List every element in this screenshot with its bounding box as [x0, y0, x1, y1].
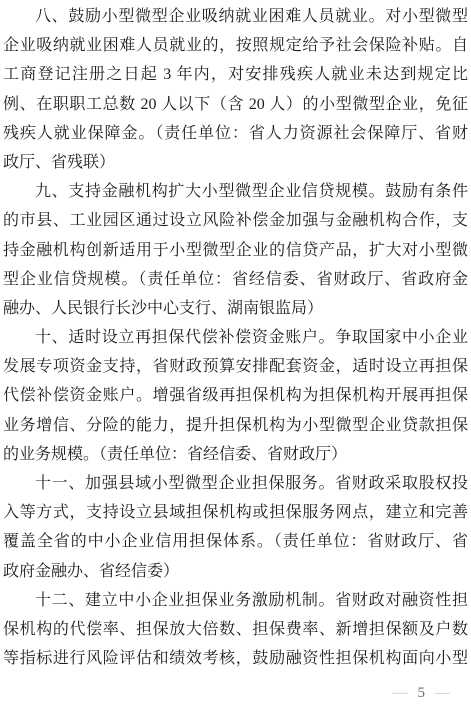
document-page: 八、鼓励小型微型企业吸纳就业困难人员就业。对小型微型企业吸纳就业困难人员就业的，…: [0, 0, 471, 708]
text-line: 发展专项资金支持，省财政预算安排配套资金，适时设立再担保: [3, 352, 468, 381]
footer-dash-left: —: [393, 685, 408, 701]
text-line: 入等方式，支持设立县域担保机构或担保服务网点，建立和完善: [3, 498, 468, 527]
text-line: 例、在职职工总数 20 人以下（含 20 人）的小型微型企业，免征: [3, 90, 468, 119]
text-line: 持金融机构创新适用于小型微型企业的信贷产品，扩大对小型微: [3, 236, 468, 265]
text-line: 政厅、省残联）: [3, 148, 468, 177]
footer-dash-right: —: [435, 685, 450, 701]
text-line: 型企业信贷规模。（责任单位：省经信委、省财政厅、省政府金: [3, 265, 468, 294]
document-body: 八、鼓励小型微型企业吸纳就业困难人员就业。对小型微型企业吸纳就业困难人员就业的，…: [3, 2, 468, 673]
text-line: 业务增信、分险的能力，提升担保机构为小型微型企业贷款担保: [3, 411, 468, 440]
text-line: 政府金融办、省经信委）: [3, 557, 468, 586]
text-line: 企业吸纳就业困难人员就业的，按照规定给予社会保险补贴。自: [3, 31, 468, 60]
page-footer: —5—: [393, 682, 451, 704]
text-line: 融办、人民银行长沙中心支行、湖南银监局）: [3, 294, 468, 323]
text-line: 十二、建立中小企业担保业务激励机制。省财政对融资性担: [3, 586, 468, 615]
text-line: 八、鼓励小型微型企业吸纳就业困难人员就业。对小型微型: [3, 2, 468, 31]
text-line: 保机构的代偿率、担保放大倍数、担保费率、新增担保额及户数: [3, 615, 468, 644]
text-line: 等指标进行风险评估和绩效考核，鼓励融资性担保机构面向小型: [3, 644, 468, 673]
text-line: 代偿补偿资金账户。增强省级再担保机构为担保机构开展再担保: [3, 381, 468, 410]
text-line: 覆盖全省的中小企业信用担保体系。（责任单位：省财政厅、省: [3, 527, 468, 556]
text-line: 残疾人就业保障金。（责任单位：省人力资源社会保障厅、省财: [3, 119, 468, 148]
text-line: 十一、加强县域小型微型企业担保服务。省财政采取股权投: [3, 469, 468, 498]
page-number: 5: [418, 685, 426, 701]
text-line: 的业务规模。（责任单位：省经信委、省财政厅）: [3, 440, 468, 469]
text-line: 工商登记注册之日起 3 年内，对安排残疾人就业未达到规定比: [3, 60, 468, 89]
text-line: 九、支持金融机构扩大小型微型企业信贷规模。鼓励有条件: [3, 177, 468, 206]
text-line: 的市县、工业园区通过设立风险补偿金加强与金融机构合作，支: [3, 206, 468, 235]
text-line: 十、适时设立再担保代偿补偿资金账户。争取国家中小企业: [3, 323, 468, 352]
